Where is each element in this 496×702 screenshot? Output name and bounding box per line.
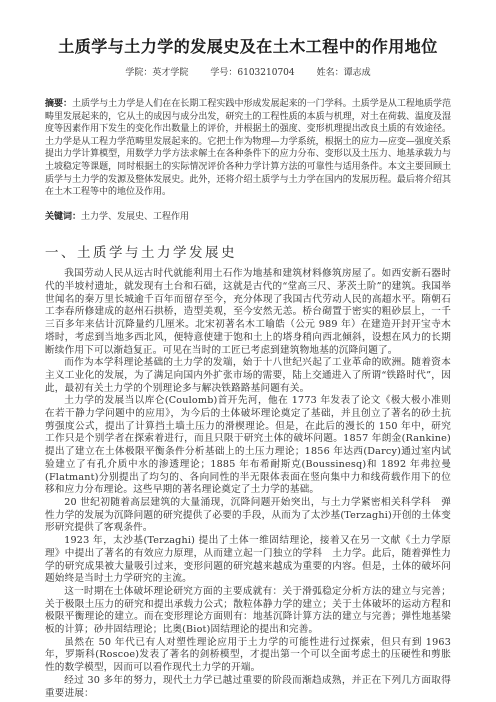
name-value: 谭志成: [344, 68, 371, 78]
abstract-label: 摘要：: [45, 99, 72, 109]
paragraph-origin-railway-era: 而作为本学科理论基础的土力学的发端，始于十八世纪兴起了工业革命的欧洲。随着资本主…: [45, 357, 451, 395]
name-label: 姓名：: [317, 68, 344, 78]
student-id-value: 6103210704: [237, 68, 294, 78]
college-field: 学院：英才学院: [125, 67, 188, 79]
college-value: 英才学院: [152, 68, 188, 78]
paragraph-terzaghi-1923: 1923 年，太沙基(Terzaghi) 提出了土体一维固结理论，接着又在另一文…: [45, 535, 451, 586]
paragraph-failure-theory-achievements: 这一时期在土体破坏理论研究方面的主要成就有：关于滑弧稳定分析方法的建立与完善；关…: [45, 586, 451, 637]
paragraph-modern-progress-intro: 经过 30 多年的努力，现代土力学已越过重要的阶段而渐趋成熟，并正在下列几方面取…: [45, 675, 451, 700]
paragraph-20th-century-settlement: 20 世纪初随着高层建筑的大量涌现，沉降问题开始突出，与土力学紧密相关科学科 弹…: [45, 497, 451, 535]
paragraph-history-ancient: 我国劳动人民从远古时代就能利用土石作为地基和建筑材料修筑房屋了。如西安新石器时代…: [45, 268, 451, 357]
section-heading: 一、土质学与土力学发展史: [45, 244, 451, 262]
keywords-label: 关键词：: [45, 212, 81, 222]
student-id-label: 学号：: [210, 68, 237, 78]
keywords: 关键词：土力学、发展史、工程作用: [45, 211, 451, 224]
keywords-text: 土力学、发展史、工程作用: [81, 212, 189, 222]
college-label: 学院：: [125, 68, 152, 78]
abstract-text: 土质学与土力学是人们在在长期工程实践中形成发展起来的一门学科。土质学是从工程地质…: [45, 99, 451, 197]
paragraph-coulomb-early-theories: 土力学的发展当以库仑(Coulomb)首开先河，他在 1773 年发表了论文《极…: [45, 395, 451, 497]
document-page: 土质学与土力学的发展史及在土木工程中的作用地位 学院：英才学院 学号：61032…: [0, 0, 496, 702]
page-title: 土质学与土力学的发展史及在土木工程中的作用地位: [45, 36, 451, 58]
student-id-field: 学号：6103210704: [210, 67, 294, 79]
paragraph-roscoe-cambridge-model: 虽然在 50 年代已有人对塑性理论应用于土力学的可能性进行过探索，但只有到 19…: [45, 637, 451, 675]
name-field: 姓名：谭志成: [317, 67, 371, 79]
author-meta-line: 学院：英才学院 学号：6103210704 姓名：谭志成: [45, 67, 451, 79]
abstract: 摘要：土质学与土力学是人们在在长期工程实践中形成发展起来的一门学科。土质学是从工…: [45, 98, 451, 199]
